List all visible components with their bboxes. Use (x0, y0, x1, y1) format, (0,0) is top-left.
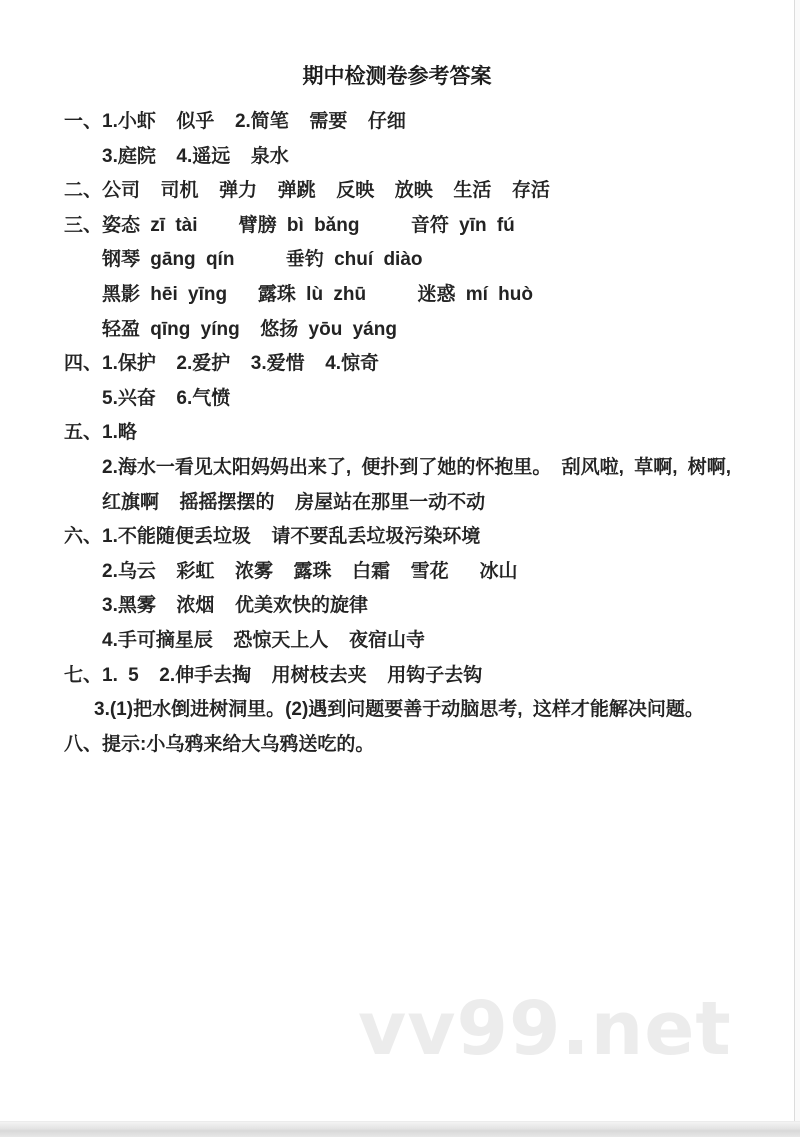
answer-lines: 一、1.小虾 似乎 2.简笔 需要 仔细 3.庭院 4.遥远 泉水 二、公司 司… (0, 105, 794, 762)
answer-line: 2.海水一看见太阳妈妈出来了, 便扑到了她的怀抱里。 刮风啦, 草啊, 树啊, (0, 451, 794, 486)
answer-line-section-6: 六、1.不能随便丢垃圾 请不要乱丢垃圾污染环境 (0, 520, 794, 555)
answer-line: 3.(1)把水倒进树洞里。(2)遇到问题要善于动脑思考, 这样才能解决问题。 (0, 693, 794, 728)
page-bottom-edge (0, 1121, 800, 1137)
answer-line: 3.黑雾 浓烟 优美欢快的旋律 (0, 589, 794, 624)
answer-line: 3.庭院 4.遥远 泉水 (0, 140, 794, 175)
answer-line-section-7: 七、1. 5 2.伸手去掏 用树枝去夹 用钩子去钩 (0, 659, 794, 694)
page-title: 期中检测卷参考答案 (0, 0, 794, 90)
answer-line-section-3: 三、姿态 zī tài 臂膀 bì bǎng 音符 yīn fú (0, 209, 794, 244)
answer-line: 4.手可摘星辰 恐惊天上人 夜宿山寺 (0, 624, 794, 659)
answer-line-section-1: 一、1.小虾 似乎 2.简笔 需要 仔细 (0, 105, 794, 140)
answer-line: 红旗啊 摇摇摆摆的 房屋站在那里一动不动 (0, 486, 794, 521)
answer-line: 轻盈 qīng yíng 悠扬 yōu yáng (0, 313, 794, 348)
site-watermark: vv99.net (358, 986, 732, 1072)
answer-line-section-4: 四、1.保护 2.爱护 3.爱惜 4.惊奇 (0, 347, 794, 382)
answer-sheet-page: 期中检测卷参考答案 一、1.小虾 似乎 2.简笔 需要 仔细 3.庭院 4.遥远… (0, 0, 795, 1121)
answer-line: 黑影 hēi yīng 露珠 lù zhū 迷惑 mí huò (0, 278, 794, 313)
answer-line-section-5: 五、1.略 (0, 416, 794, 451)
answer-line: 2.乌云 彩虹 浓雾 露珠 白霜 雪花 冰山 (0, 555, 794, 590)
answer-line: 钢琴 gāng qín 垂钓 chuí diào (0, 243, 794, 278)
answer-line-section-2: 二、公司 司机 弹力 弹跳 反映 放映 生活 存活 (0, 174, 794, 209)
answer-line: 5.兴奋 6.气愤 (0, 382, 794, 417)
answer-line-section-8: 八、提示:小乌鸦来给大乌鸦送吃的。 (0, 728, 794, 763)
